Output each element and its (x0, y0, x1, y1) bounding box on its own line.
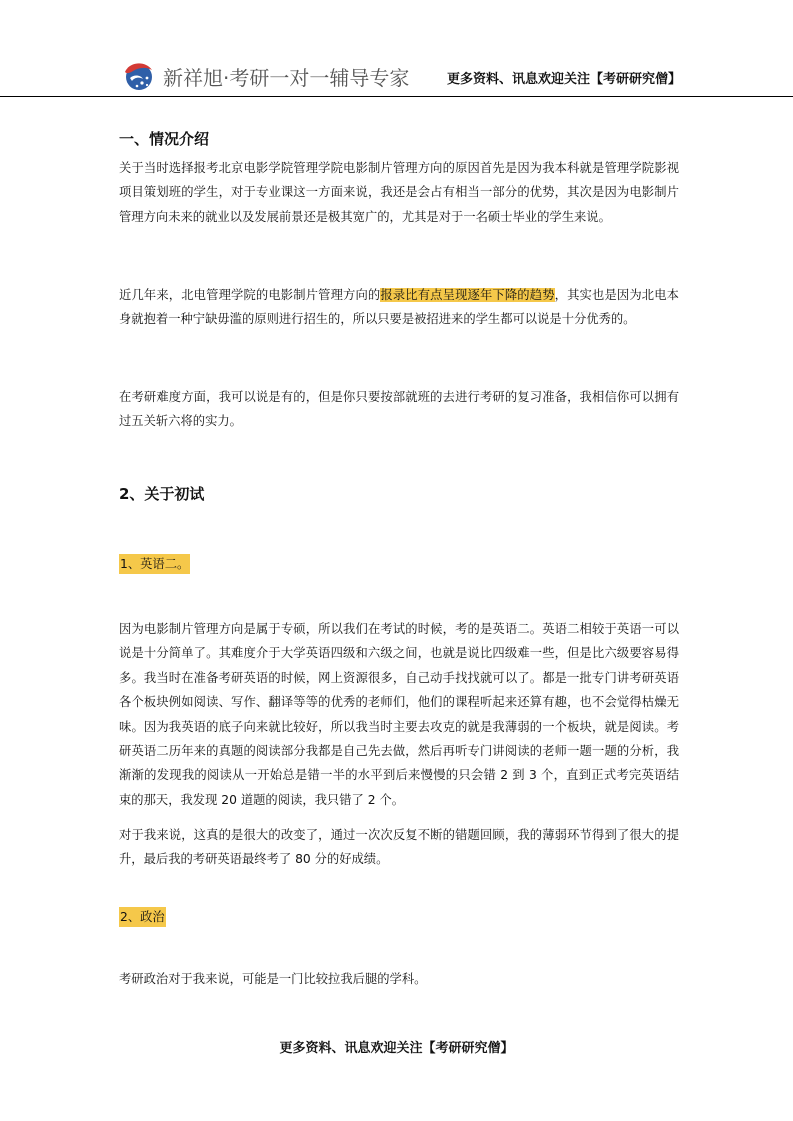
highlighted-text: 报录比有点呈现逐年下降的趋势 (380, 288, 554, 302)
brand-name: 新祥旭·考研一对一辅导专家 (163, 62, 409, 91)
globe-logo-icon (121, 58, 155, 92)
politics-paragraph-1: 考研政治对于我来说，可能是一门比较拉我后腿的学科。 (119, 967, 679, 991)
subsection-title-politics: 2、政治 (119, 907, 166, 927)
intro-paragraph-1: 关于当时选择报考北京电影学院管理学院电影制片管理方向的原因首先是因为我本科就是管… (119, 156, 679, 229)
section-title-intro: 一、情况介绍 (119, 128, 209, 149)
english-paragraph-2: 对于我来说，这真的是很大的改变了，通过一次次反复不断的错题回顾，我的薄弱环节得到… (119, 823, 679, 872)
page-header: 新祥旭·考研一对一辅导专家 更多资料、讯息欢迎关注【考研研究僧】 (0, 0, 793, 97)
header-slogan: 更多资料、讯息欢迎关注【考研研究僧】 (447, 68, 681, 87)
intro-paragraph-2-start: 近几年来，北电管理学院的电影制片管理方向的 (119, 288, 380, 302)
subsection-title-english: 1、英语二。 (119, 554, 190, 574)
section-title-initial-exam: 2、关于初试 (119, 483, 204, 504)
intro-paragraph-2: 近几年来，北电管理学院的电影制片管理方向的报录比有点呈现逐年下降的趋势，其实也是… (119, 283, 679, 332)
footer-slogan: 更多资料、讯息欢迎关注【考研研究僧】 (0, 1037, 793, 1056)
intro-paragraph-3: 在考研难度方面，我可以说是有的，但是你只要按部就班的去进行考研的复习准备，我相信… (119, 385, 679, 434)
header-divider (0, 96, 793, 97)
english-paragraph-1: 因为电影制片管理方向是属于专硕，所以我们在考试的时候，考的是英语二。英语二相较于… (119, 617, 679, 812)
